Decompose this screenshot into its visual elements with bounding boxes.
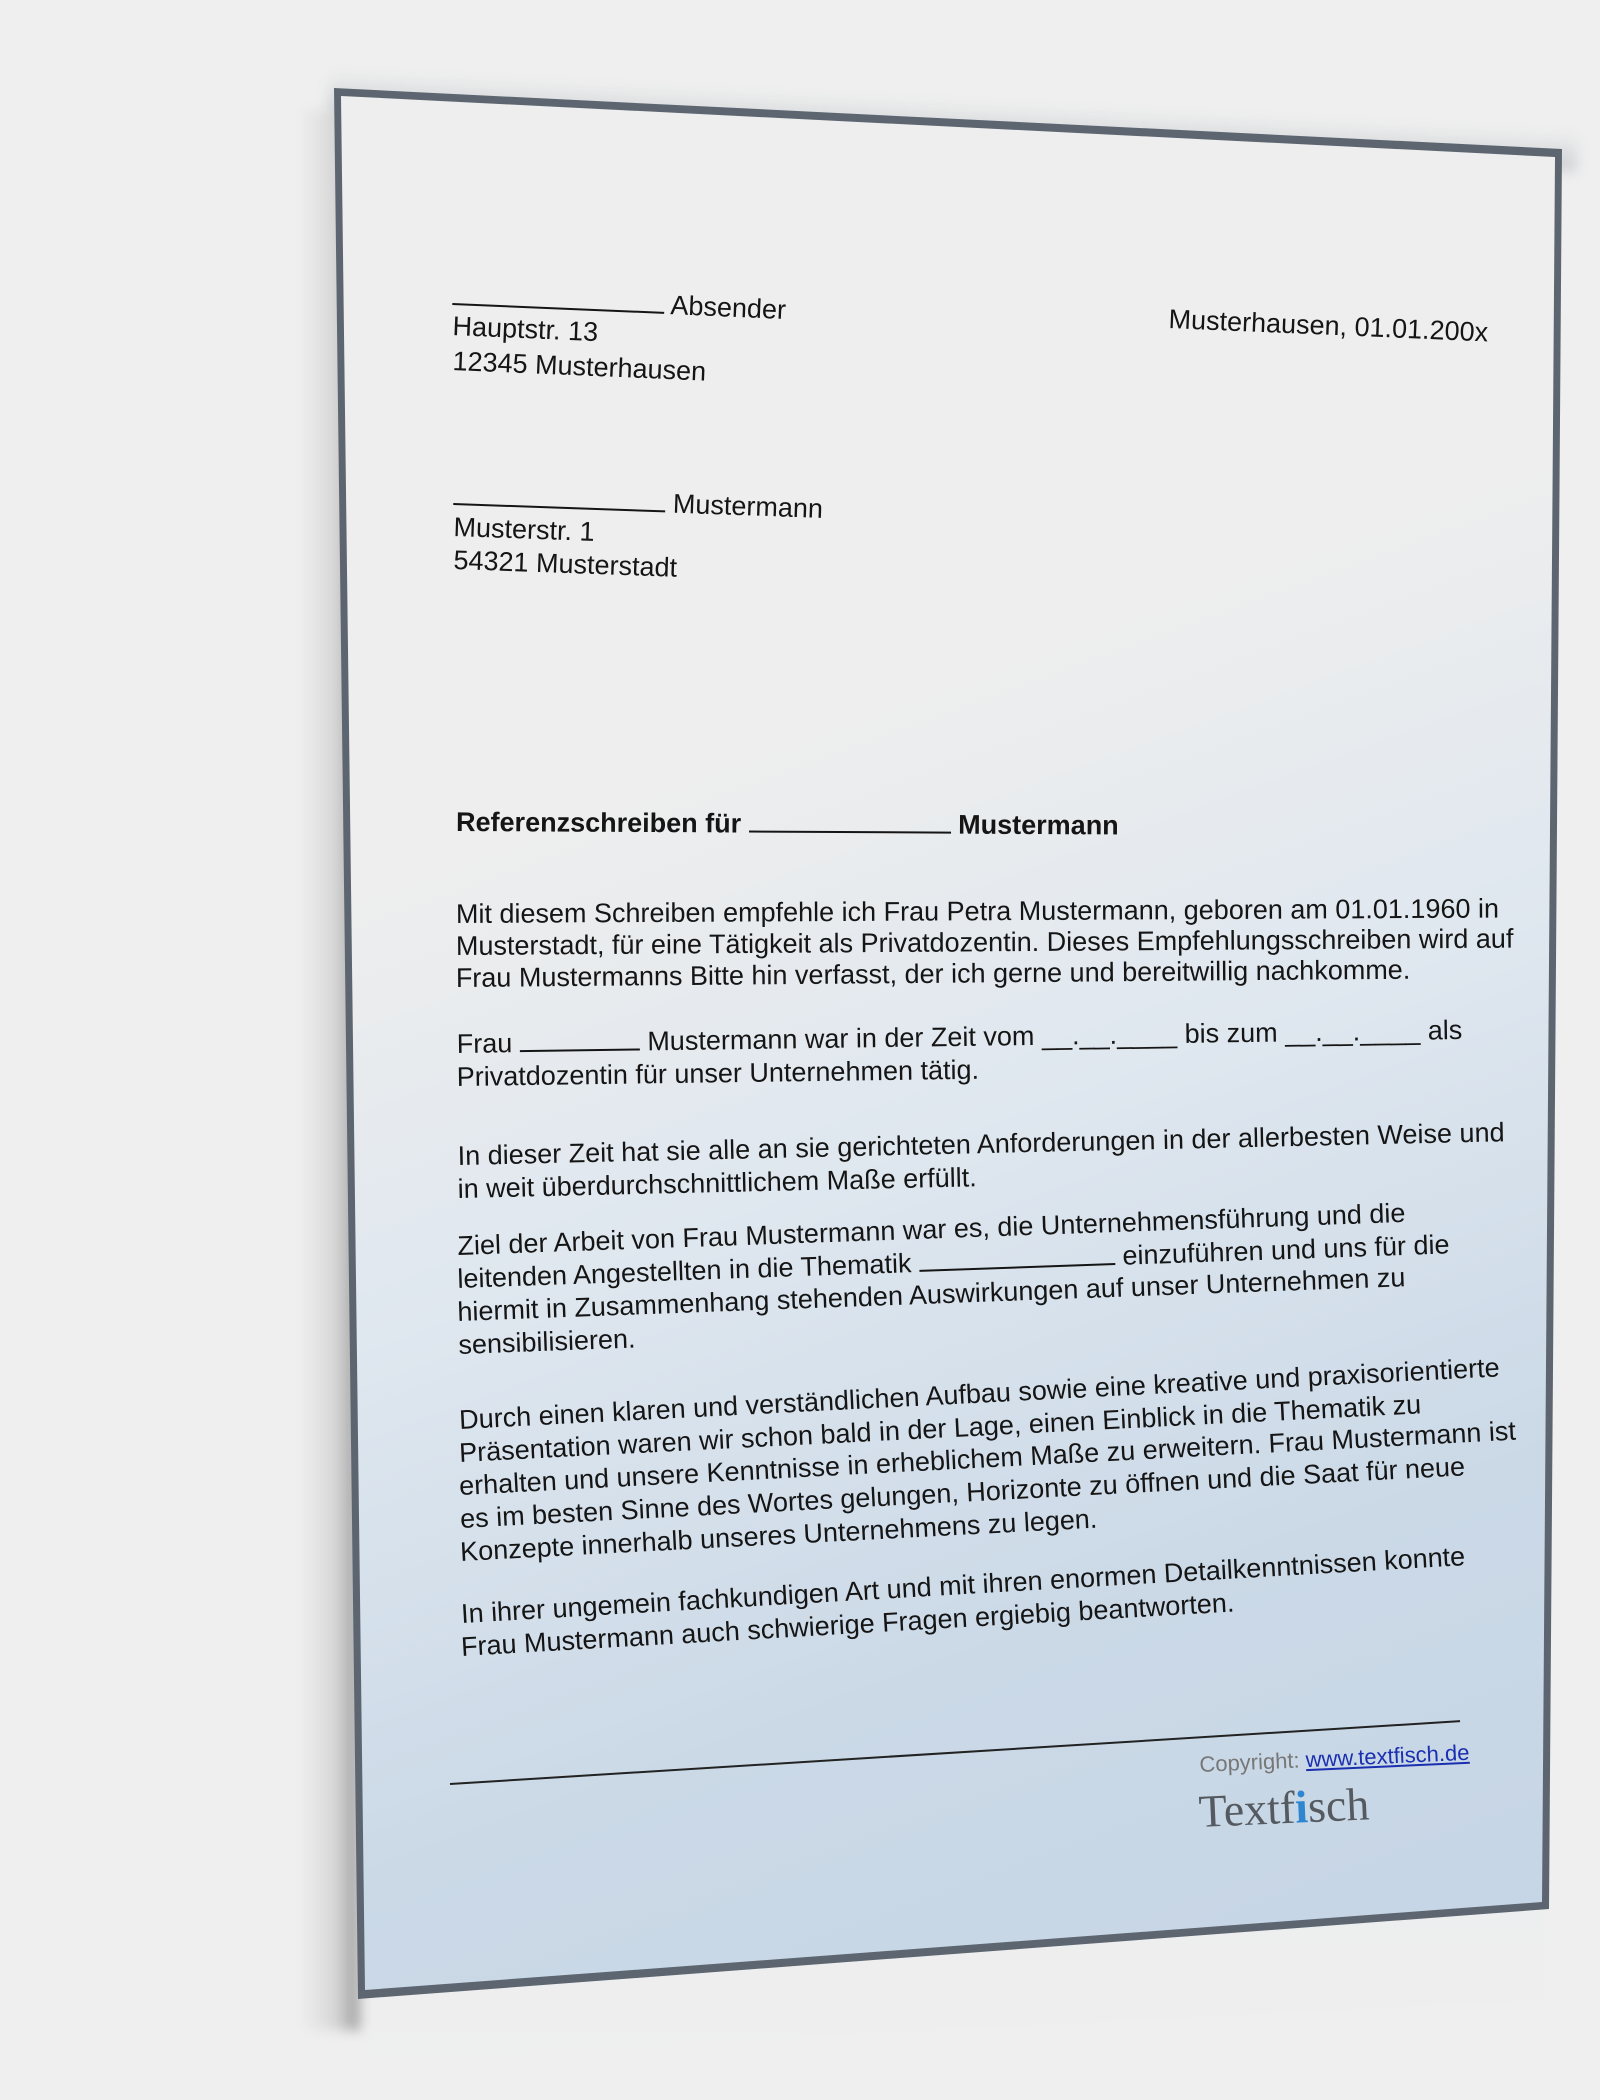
subject-prefix: Referenzschreiben für (456, 807, 741, 838)
subject-suffix: Mustermann (958, 810, 1119, 841)
subject-name-blank[interactable] (749, 809, 951, 834)
p4-line-4: sensibilisieren. (458, 1323, 636, 1361)
recipient-name-suffix: Mustermann (672, 489, 823, 524)
p2-als: als (1428, 1015, 1463, 1045)
subject-line: Referenzschreiben für Mustermann (456, 806, 1119, 841)
recipient-name-blank[interactable] (453, 481, 666, 512)
first-name-blank[interactable] (520, 1026, 640, 1052)
topic-blank[interactable] (918, 1241, 1115, 1272)
logo-text-b: sch (1307, 1778, 1371, 1832)
sender-name-suffix: Absender (670, 290, 787, 325)
p2-frau: Frau (457, 1028, 513, 1059)
textfisch-logo: Textfisch (1198, 1777, 1371, 1838)
copyright-label: Copyright: (1199, 1747, 1300, 1777)
sender-street: Hauptstr. 13 (452, 310, 599, 348)
logo-text-a: Textf (1198, 1782, 1297, 1837)
p2-middle: Mustermann war in der Zeit vom (647, 1021, 1035, 1056)
start-date-blank[interactable]: __.__.____ (1042, 1019, 1178, 1051)
recipient-street: Musterstr. 1 (453, 511, 595, 548)
p2-bis: bis zum (1184, 1018, 1277, 1049)
end-date-blank[interactable]: __.__.____ (1285, 1016, 1421, 1048)
